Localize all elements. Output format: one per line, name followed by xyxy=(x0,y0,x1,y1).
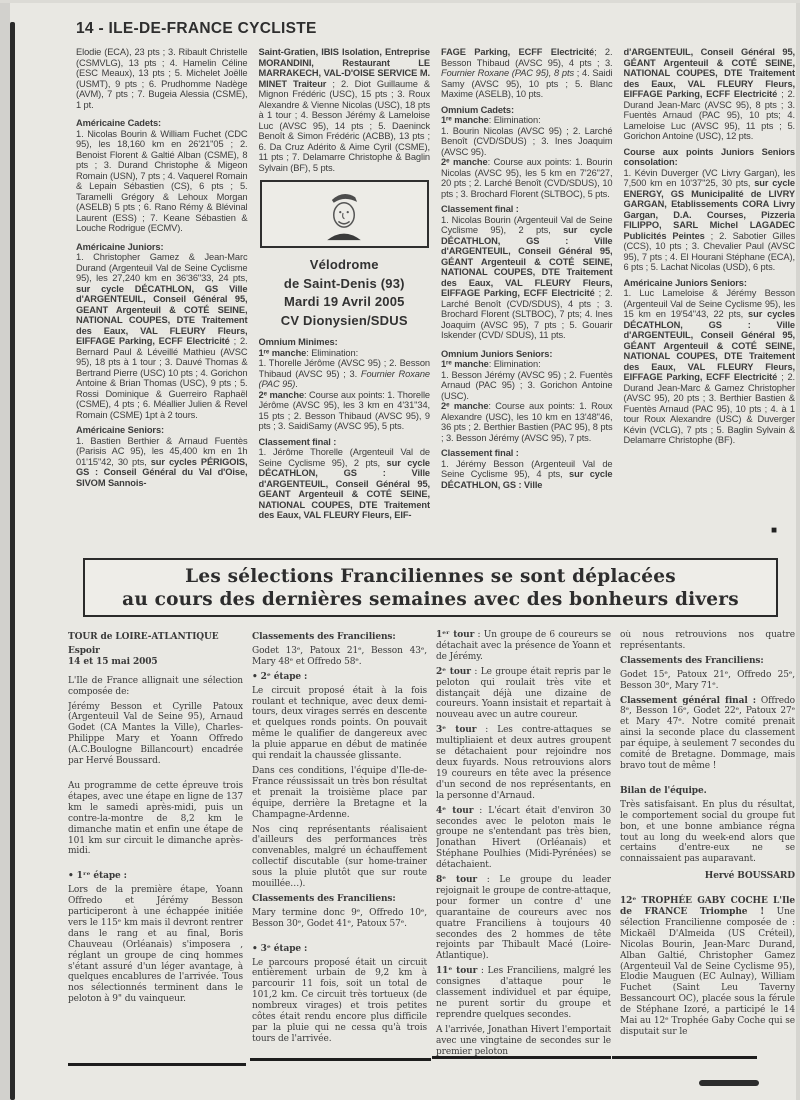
bottom-rule xyxy=(432,1056,611,1059)
paragraph: 1ʳᵉ manche: Elimination: xyxy=(441,115,613,126)
paragraph: 1. Kévin Duverger (VC Livry Gargan), les… xyxy=(624,168,796,273)
paragraph: Le parcours proposé était un circuit ent… xyxy=(252,958,427,1045)
bottom-rule xyxy=(250,1058,431,1061)
paragraph: Au programme de cette épreuve trois étap… xyxy=(68,781,243,857)
paragraph: Classement général final : Offredo 8ᵉ, B… xyxy=(620,696,795,772)
results-column-1: Elodie (ECA), 23 pts ; 3. Ribault Christ… xyxy=(76,47,248,559)
signature: Hervé BOUSSARD xyxy=(620,871,795,882)
paragraph: Dans ces conditions, l'équipe d'Ile-de-F… xyxy=(252,766,427,821)
section-heading: 14 et 15 mai 2005 xyxy=(68,657,243,668)
section-heading: Omnium Juniors Seniors: xyxy=(441,349,613,360)
section-heading: Américaine Juniors Seniors: xyxy=(624,278,796,289)
paragraph: Elodie (ECA), 23 pts ; 3. Ribault Christ… xyxy=(76,47,248,110)
results-column-2: Saint-Gratien, IBIS Isolation, Entrepris… xyxy=(259,47,431,559)
paragraph: 1. Jérôme Thorelle (Argenteuil Val de Se… xyxy=(259,447,431,521)
section-heading: Classements des Franciliens: xyxy=(620,656,795,667)
page-title: 14 - ILE-DE-FRANCE CYCLISTE xyxy=(76,20,317,38)
results-section: Elodie (ECA), 23 pts ; 3. Ribault Christ… xyxy=(76,47,795,559)
paragraph: Godet 13ᵉ, Patoux 21ᵉ, Besson 43ᵉ, Mary … xyxy=(252,646,427,668)
article-column-3: 1ᵉʳ tour : Un groupe de 6 coureurs se dé… xyxy=(436,630,611,1058)
results-column-3: FAGE Parking, ECFF Electricité; 2. Besso… xyxy=(441,47,613,559)
paragraph: 1. Luc Lameloise & Jérémy Besson (Argent… xyxy=(624,288,796,446)
scan-left-margin xyxy=(0,0,10,1100)
section-heading: Classement final : xyxy=(441,204,613,215)
section-heading: Américaine Juniors: xyxy=(76,242,248,253)
results-column-2-bottom: Omnium Minimes:1ʳᵉ manche: Elimination:1… xyxy=(259,337,431,521)
cartoon-image-frame xyxy=(260,180,430,248)
paragraph: 1. Nicolas Bourin (Argenteuil Val de Sei… xyxy=(441,215,613,341)
paragraph: 1ʳᵉ manche: Elimination: xyxy=(259,348,431,359)
section-heading: Bilan de l'équipe. xyxy=(620,786,795,797)
paragraph: 1. Besson Jérémy (AVSC 95) ; 2. Fuentès … xyxy=(441,370,613,402)
paragraph: Nos cinq représentants réalisaient d'ail… xyxy=(252,825,427,890)
article-column-4: où nous retrouvions nos quatre représent… xyxy=(620,630,795,1058)
article-column-1: TOUR de LOIRE-ATLANTIQUEEspoir14 et 15 m… xyxy=(68,630,243,1058)
paragraph: 2ᵉ tour : Le groupe était repris par le … xyxy=(436,667,611,722)
headline-line-1: Les sélections Franciliennes se sont dép… xyxy=(185,565,676,588)
paragraph: 2ᵉ manche: Course aux points: 1. Roux Al… xyxy=(441,401,613,443)
paragraph: d'ARGENTEUIL, Conseil Général 95, GÉANT … xyxy=(624,47,796,142)
section-heading: • 3ᵉ étape : xyxy=(252,944,427,955)
section-heading: • 1ʳᵉ étape : xyxy=(68,871,243,882)
bottom-rule xyxy=(68,1063,246,1066)
velodrome-line: Mardi 19 Avril 2005 xyxy=(259,293,431,312)
section-heading: Américaine Seniors: xyxy=(76,425,248,436)
paragraph: 1. Nicolas Bourin & William Fuchet (CDC … xyxy=(76,129,248,234)
velodrome-line: CV Dionysien/SDUS xyxy=(259,312,431,331)
headline-banner: Les sélections Franciliennes se sont dép… xyxy=(83,558,778,617)
article-column-2: Classements des Franciliens:Godet 13ᵉ, P… xyxy=(252,630,427,1058)
paragraph: Saint-Gratien, IBIS Isolation, Entrepris… xyxy=(259,47,431,173)
paragraph: 1. Christopher Gamez & Jean-Marc Durand … xyxy=(76,252,248,420)
paragraph: 1ᵉʳ tour : Un groupe de 6 coureurs se dé… xyxy=(436,630,611,663)
section-heading: Classement final : xyxy=(259,437,431,448)
paragraph: L'Ile de France allignait une sélection … xyxy=(68,676,243,698)
paragraph: Très satisfaisant. En plus du résultat, … xyxy=(620,800,795,865)
end-of-article-mark: ■ xyxy=(771,525,777,536)
paragraph: 8ᵉ tour : Le groupe du leader rejoignait… xyxy=(436,875,611,962)
cyclist-caricature-illustration xyxy=(316,186,372,242)
scan-binding-edge xyxy=(10,22,15,1100)
paragraph: Mary termine donc 9ᵉ, Offredo 10ᵉ, Besso… xyxy=(252,908,427,930)
velodrome-heading: Vélodrome de Saint-Denis (93) Mardi 19 A… xyxy=(259,256,431,330)
paragraph: Jérémy Besson et Cyrille Patoux (Argente… xyxy=(68,702,243,767)
paragraph: 12ᵉ TROPHÉE GABY COCHE L'Ile de FRANCE T… xyxy=(620,896,795,1038)
velodrome-line: de Saint-Denis (93) xyxy=(259,275,431,294)
section-heading: TOUR de LOIRE-ATLANTIQUE xyxy=(68,632,243,643)
paragraph: Lors de la première étape, Yoann Offredo… xyxy=(68,885,243,1005)
paragraph: 11ᵉ tour : Les Franciliens, malgré les c… xyxy=(436,966,611,1021)
paragraph: 1. Bastien Berthier & Arnaud Fuentès (Pa… xyxy=(76,436,248,489)
section-heading: • 2ᵉ étape : xyxy=(252,672,427,683)
article-section: TOUR de LOIRE-ATLANTIQUEEspoir14 et 15 m… xyxy=(68,630,795,1058)
velodrome-line: Vélodrome xyxy=(259,256,431,275)
section-heading: Course aux points Juniors Seniors consol… xyxy=(624,147,796,168)
section-heading: Omnium Minimes: xyxy=(259,337,431,348)
headline-line-2: au cours des dernières semaines avec des… xyxy=(122,588,739,611)
section-heading: Classements des Franciliens: xyxy=(252,632,427,643)
section-heading: Omnium Cadets: xyxy=(441,105,613,116)
paragraph: 1. Jérémy Besson (Argenteuil Val de Sein… xyxy=(441,459,613,491)
paragraph: 4ᵉ tour : L'écart était d'environ 30 sec… xyxy=(436,806,611,871)
section-heading: Classement final : xyxy=(441,448,613,459)
paragraph: Godet 15ᵉ, Patoux 21ᵉ, Offredo 25ᵉ, Bess… xyxy=(620,670,795,692)
paragraph: 1. Bourin Nicolas (AVSC 95) ; 2. Larché … xyxy=(441,126,613,158)
paragraph: 3ᵉ tour : Les contre-attaques se multipl… xyxy=(436,725,611,801)
paragraph: Le circuit proposé était à la fois roula… xyxy=(252,686,427,762)
scanned-newsletter-page: 14 - ILE-DE-FRANCE CYCLISTE Elodie (ECA)… xyxy=(0,0,800,1100)
scan-artifact xyxy=(699,1080,759,1086)
section-heading: Espoir xyxy=(68,646,243,657)
paragraph: FAGE Parking, ECFF Electricité; 2. Besso… xyxy=(441,47,613,100)
paragraph: 2ᵉ manche: Course aux points: 1. Thorell… xyxy=(259,390,431,432)
section-heading: Classements des Franciliens: xyxy=(252,894,427,905)
paragraph: A l'arrivée, Jonathan Hivert l'emportait… xyxy=(436,1025,611,1058)
scan-top-edge xyxy=(0,0,800,3)
bottom-rule xyxy=(612,1056,757,1059)
scan-right-edge xyxy=(796,0,800,1100)
paragraph: 2ᵉ manche: Course aux points: 1. Bourin … xyxy=(441,157,613,199)
results-column-2-top: Saint-Gratien, IBIS Isolation, Entrepris… xyxy=(259,47,431,173)
section-heading: Américaine Cadets: xyxy=(76,118,248,129)
paragraph: 1. Thorelle Jérôme (AVSC 95) ; 2. Besson… xyxy=(259,358,431,390)
results-column-4: d'ARGENTEUIL, Conseil Général 95, GÉANT … xyxy=(624,47,796,559)
paragraph: où nous retrouvions nos quatre représent… xyxy=(620,630,795,652)
paragraph: 1ʳᵉ manche: Elimination: xyxy=(441,359,613,370)
